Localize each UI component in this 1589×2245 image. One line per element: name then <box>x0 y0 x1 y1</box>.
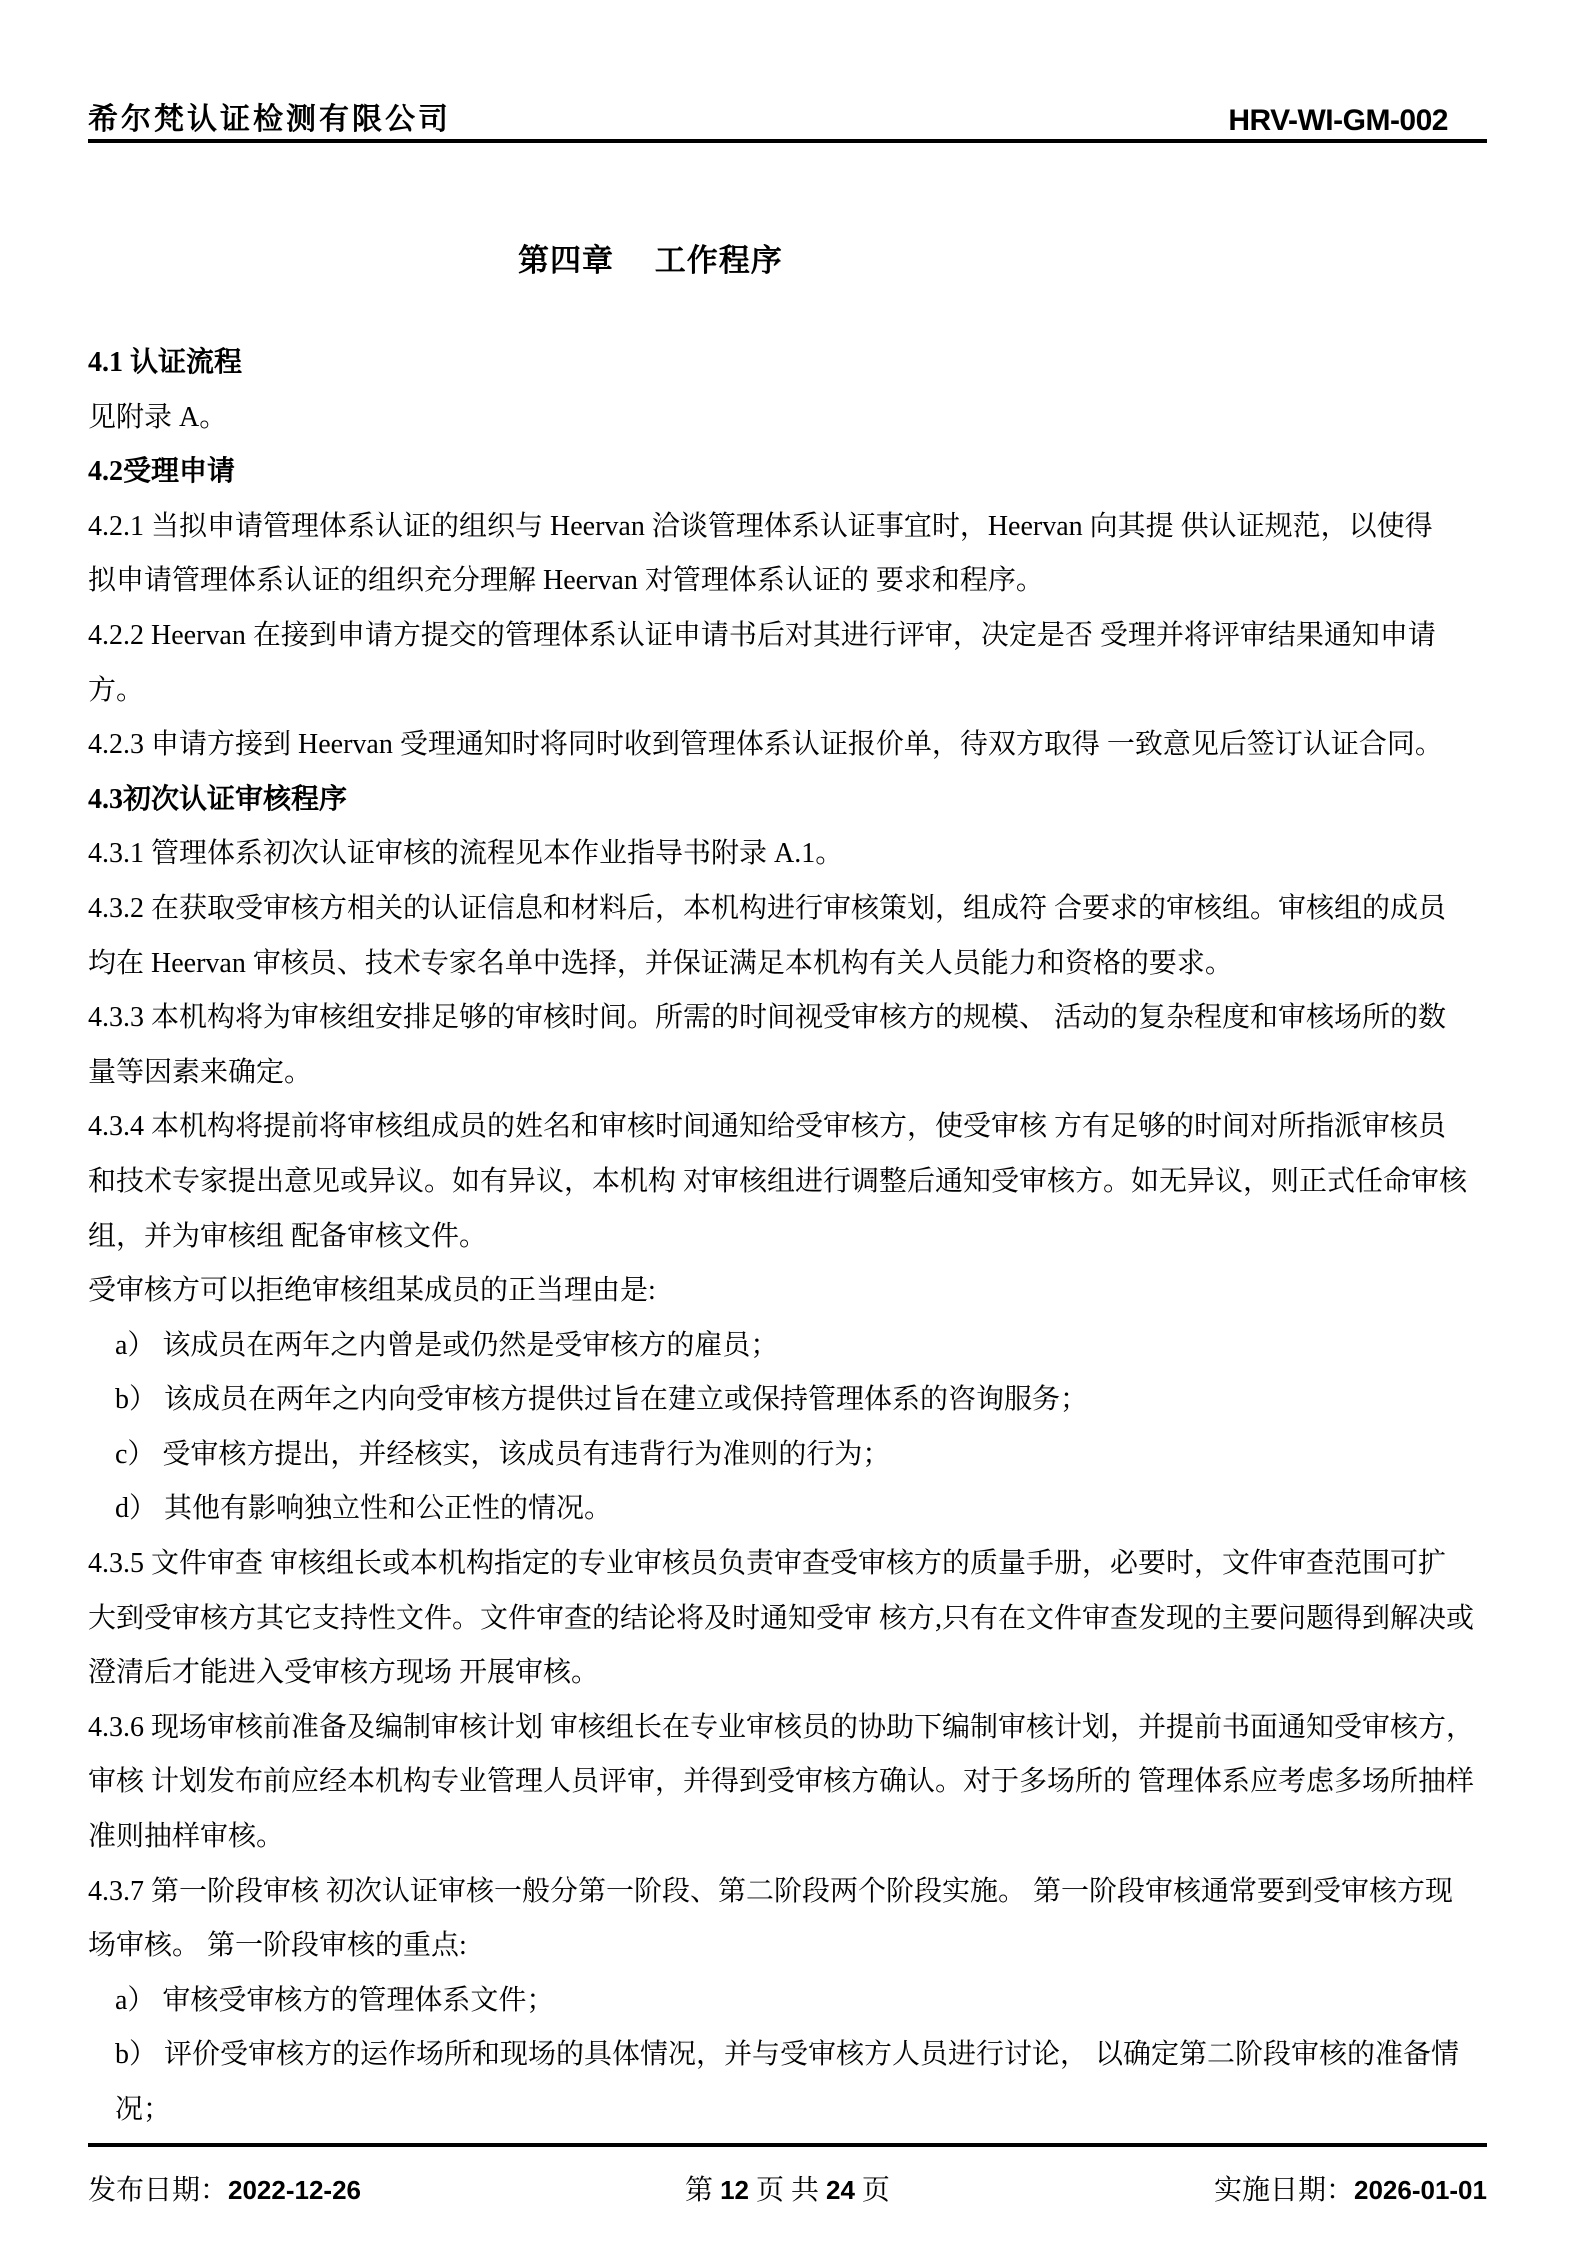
document-body: 4.1 认证流程见附录 A。4.2受理申请4.2.1 当拟申请管理体系认证的组织… <box>88 336 1490 2138</box>
body-line-27: 审核 计划发布前应经本机构专业管理人员评审，并得到受审核方确认。对于多场所的 管… <box>88 1755 1490 1810</box>
page-footer: 发布日期：2022-12-26 第 12 页 共 24 页 实施日期：2026-… <box>88 2168 1487 2208</box>
page-number-total: 24 <box>826 2175 855 2205</box>
body-line-1: 4.1 认证流程 <box>88 336 1490 391</box>
body-line-12: 均在 Heervan 审核员、技术专家名单中选择，并保证满足本机构有关人员能力和… <box>88 937 1490 992</box>
company-name: 希尔梵认证检测有限公司 <box>88 94 451 138</box>
footer-divider <box>88 2143 1487 2147</box>
body-line-26: 4.3.6 现场审核前准备及编制审核计划 审核组长在专业审核员的协助下编制审核计… <box>88 1701 1490 1756</box>
release-date-value: 2022-12-26 <box>228 2175 361 2205</box>
chapter-title: 第四章 工作程序 <box>518 235 783 280</box>
body-line-8: 4.2.3 申请方接到 Heervan 受理通知时将同时收到管理体系认证报价单，… <box>88 718 1490 773</box>
page-number: 第 12 页 共 24 页 <box>685 2168 890 2208</box>
document-code: HRV-WI-GM-002 <box>1228 104 1448 138</box>
body-line-10: 4.3.1 管理体系初次认证审核的流程见本作业指导书附录 A.1。 <box>88 827 1490 882</box>
body-line-13: 4.3.3 本机构将为审核组安排足够的审核时间。所需的时间视受审核方的规模、 活… <box>88 991 1490 1046</box>
document-page: 希尔梵认证检测有限公司 HRV-WI-GM-002 第四章 工作程序 4.1 认… <box>0 0 1589 2245</box>
release-date: 发布日期：2022-12-26 <box>88 2168 361 2208</box>
body-line-23: 4.3.5 文件审查 审核组长或本机构指定的专业审核员负责审查受审核方的质量手册… <box>88 1537 1490 1592</box>
body-line-25: 澄清后才能进入受审核方现场 开展审核。 <box>88 1646 1490 1701</box>
body-line-32: b） 评价受审核方的运作场所和现场的具体情况，并与受审核方人员进行讨论， 以确定… <box>88 2028 1490 2083</box>
body-line-31: a） 审核受审核方的管理体系文件； <box>88 1974 1490 2029</box>
body-line-2: 见附录 A。 <box>88 391 1490 446</box>
body-line-3: 4.2受理申请 <box>88 445 1490 500</box>
body-line-20: b） 该成员在两年之内向受审核方提供过旨在建立或保持管理体系的咨询服务； <box>88 1373 1490 1428</box>
body-line-17: 组，并为审核组 配备审核文件。 <box>88 1210 1490 1265</box>
body-line-22: d） 其他有影响独立性和公正性的情况。 <box>88 1482 1490 1537</box>
page-number-middle: 页 共 <box>749 2175 826 2206</box>
body-line-24: 大到受审核方其它支持性文件。文件审查的结论将及时通知受审 核方,只有在文件审查发… <box>88 1592 1490 1647</box>
page-number-prefix: 第 <box>685 2175 720 2206</box>
body-line-33: 况； <box>88 2083 1490 2138</box>
body-line-28: 准则抽样审核。 <box>88 1810 1490 1865</box>
body-line-9: 4.3初次认证审核程序 <box>88 773 1490 828</box>
body-line-4: 4.2.1 当拟申请管理体系认证的组织与 Heervan 洽谈管理体系认证事宜时… <box>88 500 1490 555</box>
body-line-11: 4.3.2 在获取受审核方相关的认证信息和材料后，本机构进行审核策划，组成符 合… <box>88 882 1490 937</box>
body-line-21: c） 受审核方提出，并经核实，该成员有违背行为准则的行为； <box>88 1428 1490 1483</box>
body-line-19: a） 该成员在两年之内曾是或仍然是受审核方的雇员； <box>88 1319 1490 1374</box>
body-line-18: 受审核方可以拒绝审核组某成员的正当理由是: <box>88 1264 1490 1319</box>
header-divider <box>88 139 1487 143</box>
implement-date: 实施日期：2026-01-01 <box>1214 2168 1487 2208</box>
body-line-16: 和技术专家提出意见或异议。如有异议，本机构 对审核组进行调整后通知受审核方。如无… <box>88 1155 1490 1210</box>
body-line-15: 4.3.4 本机构将提前将审核组成员的姓名和审核时间通知给受审核方，使受审核 方… <box>88 1100 1490 1155</box>
body-line-7: 方。 <box>88 664 1490 719</box>
body-line-14: 量等因素来确定。 <box>88 1046 1490 1101</box>
body-line-6: 4.2.2 Heervan 在接到申请方提交的管理体系认证申请书后对其进行评审，… <box>88 609 1490 664</box>
implement-date-label: 实施日期： <box>1214 2175 1354 2206</box>
page-number-suffix: 页 <box>855 2175 890 2206</box>
body-line-5: 拟申请管理体系认证的组织充分理解 Heervan 对管理体系认证的 要求和程序。 <box>88 554 1490 609</box>
page-number-current: 12 <box>720 2175 749 2205</box>
release-date-label: 发布日期： <box>88 2175 228 2206</box>
body-line-30: 场审核。 第一阶段审核的重点: <box>88 1919 1490 1974</box>
body-line-29: 4.3.7 第一阶段审核 初次认证审核一般分第一阶段、第二阶段两个阶段实施。 第… <box>88 1865 1490 1920</box>
page-header: 希尔梵认证检测有限公司 HRV-WI-GM-002 <box>88 94 1487 138</box>
implement-date-value: 2026-01-01 <box>1354 2175 1487 2205</box>
